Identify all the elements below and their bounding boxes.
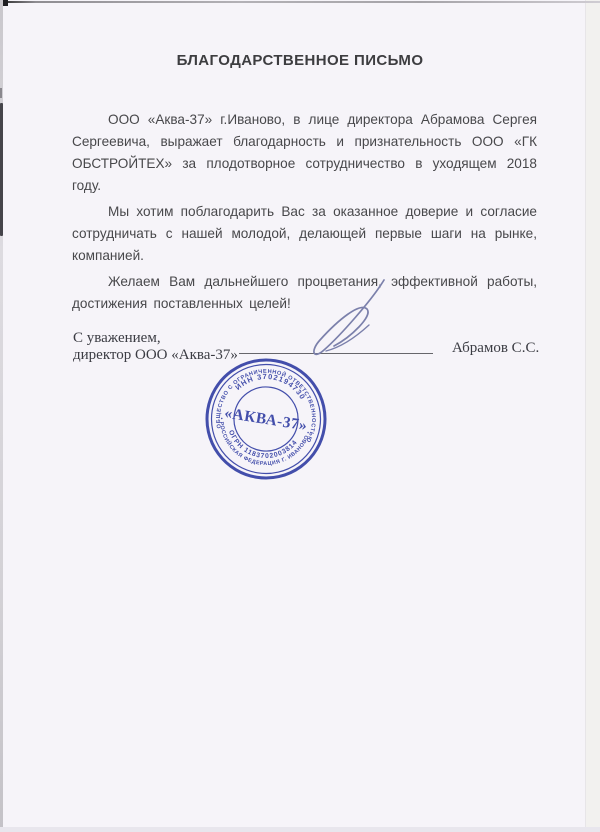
scan-edge-left-mark [0,88,2,98]
letter-paragraph: Мы хотим поблагодарить Вас за оказанное … [72,201,537,267]
letter-title: БЛАГОДАРСТВЕННОЕ ПИСЬМО [0,52,600,69]
signer-name: Абрамов С.С. [452,340,539,357]
company-stamp: ОБЩЕСТВО С ОГРАНИЧЕННОЙ ОТВЕТСТВЕННОСТЬЮ… [181,334,351,504]
scan-edge-left-dark-streak [0,103,3,236]
scan-edge-bottom [0,827,600,832]
scan-edge-top [0,1,600,3]
letter-paragraph: ООО «Аква-37» г.Иваново, в лице директор… [72,109,537,197]
scan-edge-right [585,0,600,832]
closing-line: С уважением, [73,330,161,347]
